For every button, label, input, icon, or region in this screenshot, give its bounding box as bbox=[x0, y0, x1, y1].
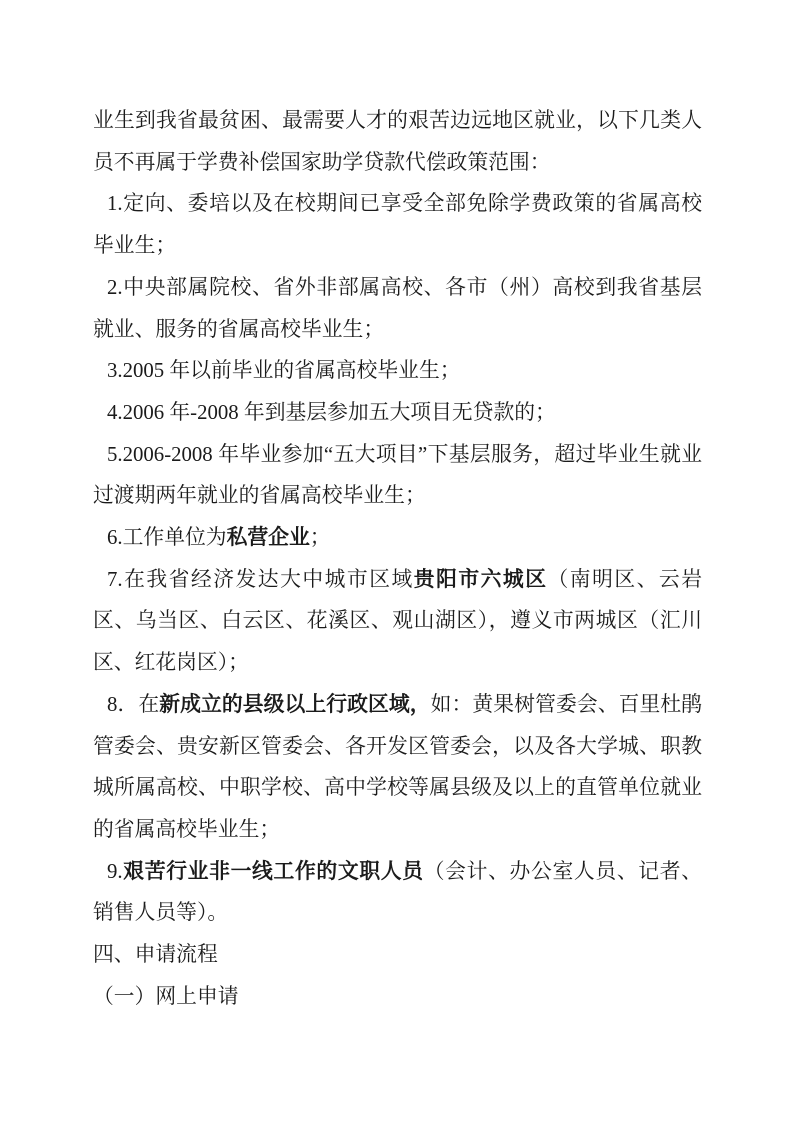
paragraph-item-7: 7.在我省经济发达大中城市区域贵阳市六城区（南明区、云岩区、乌当区、白云区、花溪… bbox=[93, 559, 702, 684]
text-run: 2.中央部属院校、省外非部属高校、各市（州）高校到我省基层就业、服务的省属高校毕… bbox=[93, 276, 702, 341]
bold-text-run: 新成立的县级以上行政区域， bbox=[159, 693, 430, 716]
text-run: （一）网上申请 bbox=[93, 985, 239, 1008]
bold-text-run: 艰苦行业非一线工作的文职人员 bbox=[123, 860, 424, 883]
document-body: 业生到我省最贫困、最需要人才的艰苦边远地区就业，以下几类人员不再属于学费补偿国家… bbox=[0, 0, 793, 1017]
paragraph-para-continuation: 业生到我省最贫困、最需要人才的艰苦边远地区就业，以下几类人员不再属于学费补偿国家… bbox=[93, 100, 702, 183]
text-run: ； bbox=[310, 526, 331, 549]
text-run: 四、申请流程 bbox=[93, 943, 218, 966]
bold-text-run: 贵阳市六城区 bbox=[414, 568, 548, 591]
paragraph-item-6: 6.工作单位为私营企业； bbox=[93, 517, 702, 559]
paragraph-item-3: 3.2005 年以前毕业的省属高校毕业生； bbox=[93, 350, 702, 392]
text-run: 7.在我省经济发达大中城市区域 bbox=[107, 568, 414, 591]
paragraph-item-5: 5.2006-2008 年毕业参加“五大项目”下基层服务，超过毕业生就业过渡期两… bbox=[93, 434, 702, 517]
document-page: 业生到我省最贫困、最需要人才的艰苦边远地区就业，以下几类人员不再属于学费补偿国家… bbox=[0, 0, 793, 1122]
text-run: 4.2006 年-2008 年到基层参加五大项目无贷款的； bbox=[107, 401, 556, 424]
paragraph-item-4: 4.2006 年-2008 年到基层参加五大项目无贷款的； bbox=[93, 392, 702, 434]
paragraph-item-8: 8．在新成立的县级以上行政区域，如：黄果树管委会、百里杜鹃管委会、贵安新区管委会… bbox=[93, 684, 702, 851]
paragraph-item-9: 9.艰苦行业非一线工作的文职人员（会计、办公室人员、记者、销售人员等）。 bbox=[93, 851, 702, 934]
text-run: 业生到我省最贫困、最需要人才的艰苦边远地区就业，以下几类人员不再属于学费补偿国家… bbox=[93, 109, 702, 174]
paragraph-item-1: 1.定向、委培以及在校期间已享受全部免除学费政策的省属高校毕业生； bbox=[93, 183, 702, 266]
text-run: 6.工作单位为 bbox=[107, 526, 227, 549]
bold-text-run: 私营企业 bbox=[227, 526, 310, 549]
paragraph-heading-section-4: 四、申请流程 bbox=[93, 934, 702, 976]
text-run: 8．在 bbox=[107, 693, 159, 716]
text-run: 3.2005 年以前毕业的省属高校毕业生； bbox=[107, 359, 461, 382]
text-run: 1.定向、委培以及在校期间已享受全部免除学费政策的省属高校毕业生； bbox=[93, 192, 702, 257]
text-run: 5.2006-2008 年毕业参加“五大项目”下基层服务，超过毕业生就业过渡期两… bbox=[93, 443, 702, 508]
paragraph-heading-subsection-1: （一）网上申请 bbox=[93, 976, 702, 1018]
text-run: 9. bbox=[107, 860, 123, 883]
paragraph-item-2: 2.中央部属院校、省外非部属高校、各市（州）高校到我省基层就业、服务的省属高校毕… bbox=[93, 267, 702, 350]
